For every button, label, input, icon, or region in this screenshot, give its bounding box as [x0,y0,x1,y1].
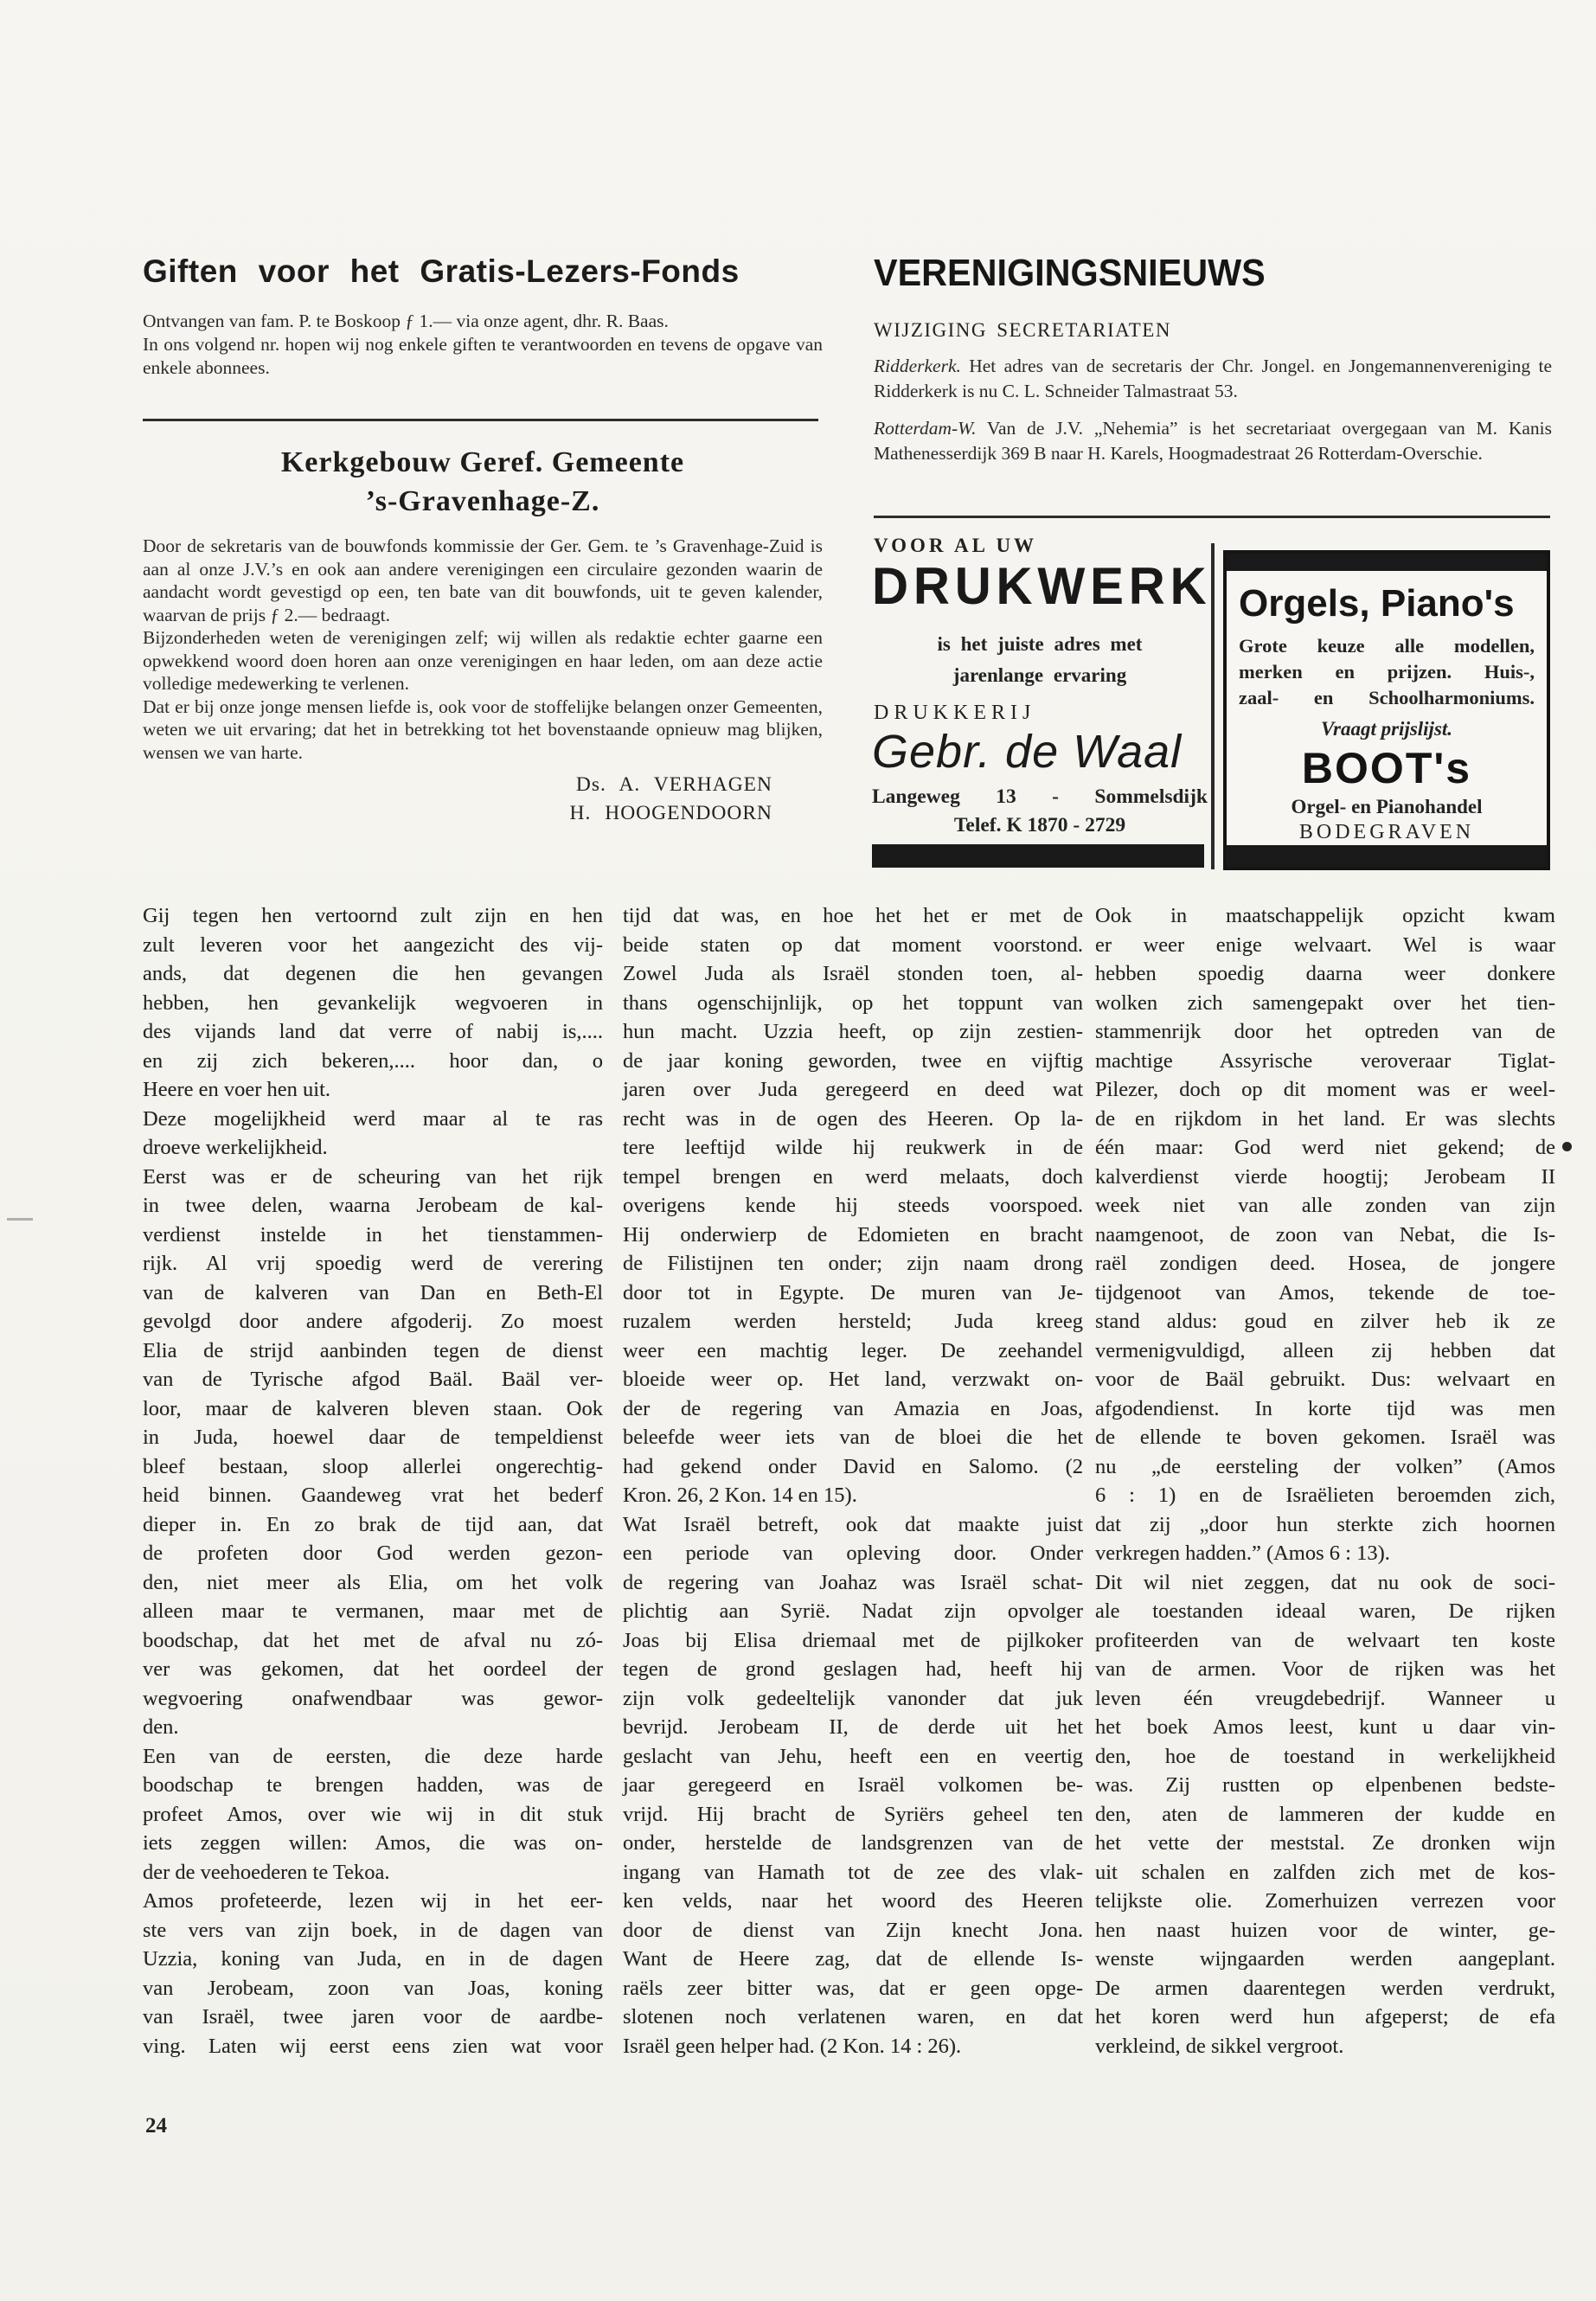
ad-bottom-bar [1227,845,1547,868]
body-text-line: slotenen noch verlatenen waren, en dat [623,2003,1083,2032]
desc-line: zaal- en Schoolharmoniums. [1239,687,1535,708]
body-text-line: Zowel Juda als Israël stonden toen, al- [623,959,1083,989]
body-text-line: jaren over Juda geregeerd en deed wat [623,1075,1083,1105]
ad-address: Langeweg 13 - Sommelsdijk [872,783,1208,811]
body-text-line: loor, maar de kalveren bleven staan. Ook [143,1394,603,1424]
body-text-line: gevolgd door andere afgoderij. Zo moest [143,1307,603,1336]
body-text-line: wenste wijngaarden werden aangeplant. [1095,1945,1555,1974]
ad-boot-content: Orgels, Piano's Grote keuze alle modelle… [1227,571,1547,845]
body-text-line: heid binnen. Gaandeweg vrat het bederf [143,1481,603,1510]
body-text-line: de en rijkdom in het land. Er was slecht… [1095,1105,1555,1134]
body-text-line: van Jerobeam, zoon van Joas, koning [143,1974,603,2003]
body-text-line: De armen daarentegen werden verdrukt, [1095,1974,1555,2003]
body-text-line: Uzzia, koning van Juda, en in de dagen [143,1945,603,1974]
advertisement-boot: Orgels, Piano's Grote keuze alle modelle… [1223,550,1550,870]
ad-top-bar [1227,554,1547,571]
body-text-line: plichtig aan Syrië. Nadat zijn opvolger [623,1597,1083,1626]
secretariat-change-item: Ridderkerk. Het adres van de secretaris … [874,354,1552,404]
body-text-line: hen naast huizen voor de winter, ge- [1095,1916,1555,1945]
ad-cta: Vraagt prijslijst. [1239,715,1535,744]
item-text: Het adres van de secretaris der Chr. Jon… [874,356,1552,401]
body-text-line: afgodendienst. In korte tijd was men [1095,1394,1555,1424]
body-text-line: weer een machtig leger. De zeehandel [623,1336,1083,1366]
body-text-line: Kron. 26, 2 Kon. 14 en 15). [623,1481,1083,1510]
body-text-line: was. Zij rustten op elpenbenen bedste- [1095,1771,1555,1800]
body-text-line: Amos profeteerde, lezen wij in het eer- [143,1887,603,1916]
ad-phone: Telef. K 1870 - 2729 [872,811,1208,840]
body-text-line: Heere en voer hen uit. [143,1075,603,1105]
body-text-line: de Filistijnen ten onder; zijn naam dron… [623,1249,1083,1279]
gifts-fund-section: Giften voor het Gratis-Lezers-Fonds Ontv… [143,253,823,380]
margin-mark [7,1218,33,1221]
church-notice-title: Kerkgebouw Geref. Gemeente ’s-Gravenhage… [143,443,823,521]
church-paragraph: Bijzonderheden weten de verenigingen zel… [143,626,823,695]
body-text-line: thans ogenschijnlijk, op het toppunt van [623,989,1083,1018]
body-text-line: en zij zich bekeren,.... hoor dan, o [143,1047,603,1076]
body-text-line: door tot in Egypte. De muren van Je- [623,1279,1083,1308]
body-text-line: een periode van opleving door. Onder [623,1539,1083,1568]
body-text-line: der de regering van Amazia en Joas, [623,1394,1083,1424]
church-title-line1: Kerkgebouw Geref. Gemeente [281,446,684,478]
body-text-line: bloeide weer op. Het land, verzwakt on- [623,1365,1083,1394]
body-text-line: in Juda, hoewel daar de tempeldienst [143,1423,603,1452]
body-text-line: 6 : 1) en de Israëlieten beroemden zich, [1095,1481,1555,1510]
body-text-line: raëls zeer bitter was, dat er geen opge- [623,1974,1083,2003]
body-text-line: door de dienst van Zijn knecht Jona. [623,1916,1083,1945]
body-text-line: dieper in. En zo brak de tijd aan, dat [143,1510,603,1540]
body-text-line: Dit wil niet zeggen, dat nu ook de soci- [1095,1568,1555,1598]
body-text-line: telijkste olie. Zomerhuizen verrezen voo… [1095,1887,1555,1916]
body-text-line: had gekend onder David en Salomo. (2 [623,1452,1083,1482]
body-text-line: tempel brengen en werd melaats, doch [623,1163,1083,1192]
body-text-line: naamgenoot, de zoon van Nebat, die Is- [1095,1221,1555,1250]
ad-company-name: Gebr. de Waal [872,727,1208,778]
ad-tagline: is het juiste adres met jarenlange ervar… [872,629,1208,691]
body-text-line: droeve werkelijkheid. [143,1133,603,1163]
ad-label-drukkerij: DRUKKERIJ [874,702,1208,725]
body-text-line: hun macht. Uzzia heeft, op zijn zestien- [623,1017,1083,1047]
ad-city: BODEGRAVEN [1239,819,1535,845]
secretariat-change-item: Rotterdam-W. Van de J.V. „Nehemia” is he… [874,416,1552,466]
body-text-line: wegvoering onafwendbaar was gewor- [143,1684,603,1714]
section-divider-line [143,419,818,421]
body-text-line: Elia de strijd aanbinden tegen de dienst [143,1336,603,1366]
body-text-line: stand aldus: goud en zilver heb ik ze [1095,1307,1555,1336]
body-text-line: ingang van Hamath tot de zee des vlak- [623,1858,1083,1888]
ad-title-drukwerk: DRUKWERK [872,559,1197,613]
body-text-line: boodschap te brengen hadden, was de [143,1771,603,1800]
body-text-line: ruzalem werden hersteld; Juda kreeg [623,1307,1083,1336]
body-text-line: kalverdienst vierde hoogtij; Jerobeam II [1095,1163,1555,1192]
body-text-line: Joas bij Elisa driemaal met de pijlkoker [623,1626,1083,1656]
body-text-line: iets zeggen willen: Amos, die was on- [143,1829,603,1858]
body-text-line: ands, dat degenen die hen gevangen [143,959,603,989]
body-text-line: rijk. Al vrij spoedig werd de verering [143,1249,603,1279]
tagline-line: jarenlange ervaring [953,664,1126,686]
ad-vertical-divider [1211,543,1215,869]
body-text-line: overigens kende hij steeds voorspoed. [623,1191,1083,1221]
ad-brand-boots: BOOT's [1239,746,1535,792]
gifts-fund-title: Giften voor het Gratis-Lezers-Fonds [143,253,823,291]
body-column-2: tijd dat was, en hoe het het er met debe… [623,901,1083,2061]
body-text-line: zijn volk gedeeltelijk vanonder dat juk [623,1684,1083,1714]
body-text-line: wolken zich samengepakt over het tien- [1095,989,1555,1018]
body-text-line: machtige Assyrische veroveraar Tiglat- [1095,1047,1555,1076]
body-text-line: Israël geen helper had. (2 Kon. 14 : 26)… [623,2032,1083,2061]
body-text-line: het boek Amos leest, kunt u daar vin- [1095,1713,1555,1742]
body-text-line: der de veehoederen te Tekoa. [143,1858,603,1888]
body-text-line: raël zondigen deed. Hosea, de jongere [1095,1249,1555,1279]
body-text-line: verdienst instelde in het tienstammen- [143,1221,603,1250]
gifts-paragraph: Ontvangen van fam. P. te Boskoop ƒ 1.— v… [143,310,823,333]
body-text-line: het vette der meststal. Ze dronken wijn [1095,1829,1555,1858]
body-text-line: Wat Israël betreft, ook dat maakte juist [623,1510,1083,1540]
body-text-line: tijdgenoot van Amos, tekende de toe- [1095,1279,1555,1308]
church-notice-section: Kerkgebouw Geref. Gemeente ’s-Gravenhage… [143,443,823,828]
association-news-subtitle: WIJZIGING SECRETARIATEN [874,319,1552,342]
desc-line: merken en prijzen. Huis-, [1239,661,1535,683]
church-paragraph: Door de sekretaris van de bouwfonds komm… [143,535,823,626]
body-text-line: er weer enige welvaart. Wel is waar [1095,931,1555,960]
signature-line: H. HOOGENDOORN [143,799,772,828]
body-text-line: van de kalveren van Dan en Beth-El [143,1279,603,1308]
magazine-page: Giften voor het Gratis-Lezers-Fonds Ontv… [0,0,1596,2301]
body-text-line: den, aten de lammeren der kudde en [1095,1800,1555,1830]
margin-dot-artifact [1562,1142,1572,1151]
body-text-line: ving. Laten wij eerst eens zien wat voor [143,2032,603,2061]
ad-description: Grote keuze alle modellen, merken en pri… [1239,633,1535,711]
body-text-line: ken velds, naar het woord des Heeren [623,1887,1083,1916]
body-text-line: tere leeftijd wilde hij reukwerk in de [623,1133,1083,1163]
signature-line: Ds. A. VERHAGEN [143,771,772,799]
body-text-line: den. [143,1713,603,1742]
body-column-3: Ook in maatschappelijk opzicht kwamer we… [1095,901,1555,2061]
body-text-line: bleef bestaan, sloop allerlei ongerechti… [143,1452,603,1482]
body-text-line: Gij tegen hen vertoornd zult zijn en hen [143,901,603,931]
body-text-line: de ellende te boven gekomen. Israël was [1095,1423,1555,1452]
body-text-line: des vijands land dat verre of nabij is,.… [143,1017,603,1047]
body-text-line: van Israël, twee jaren voor de aardbe- [143,2003,603,2032]
body-text-line: zult leveren voor het aangezicht des vij… [143,931,603,960]
section-divider-line [874,516,1550,518]
ad-kicker: VOOR AL UW [874,535,1208,557]
body-text-line: stammenrijk door het optreden van de [1095,1017,1555,1047]
body-text-line: ver was gekomen, dat het oordeel der [143,1655,603,1684]
body-text-line: van de armen. Voor de rijken was het [1095,1655,1555,1684]
association-news-title: VERENIGINGSNIEUWS [874,253,1511,293]
body-text-line: verkregen hadden.” (Amos 6 : 13). [1095,1539,1555,1568]
place-name-lead: Rotterdam-W. [874,418,976,439]
body-text-line: hebben spoedig daarna weer donkere [1095,959,1555,989]
ad-bottom-bar [872,844,1204,868]
body-text-line: den, niet meer als Elia, om het volk [143,1568,603,1598]
body-text-line: ale toestanden ideaal waren, De rijken [1095,1597,1555,1626]
body-text-line: voor de Baäl gebruikt. Dus: welvaart en [1095,1365,1555,1394]
advertisement-drukwerk: VOOR AL UW DRUKWERK is het juiste adres … [872,535,1208,870]
body-text-line: beide staten op dat moment voorstond. [623,931,1083,960]
body-text-line: ste vers van zijn boek, in de dagen van [143,1916,603,1945]
tagline-line: is het juiste adres met [938,633,1143,655]
body-text-line: den, hoe de toestand in werkelijkheid [1095,1742,1555,1772]
body-text-line: nu „de eersteling der volken” (Amos [1095,1452,1555,1482]
body-text-line: tijd dat was, en hoe het het er met de [623,901,1083,931]
association-news-section: VERENIGINGSNIEUWS WIJZIGING SECRETARIATE… [874,253,1552,478]
body-column-1: Gij tegen hen vertoornd zult zijn en hen… [143,901,603,2061]
body-text-line: tegen de grond geslagen had, heeft hij [623,1655,1083,1684]
body-text-line: bevrijd. Jerobeam II, de derde uit het [623,1713,1083,1742]
body-text-line: Deze mogelijkheid werd maar al te ras [143,1105,603,1134]
gifts-paragraph: In ons volgend nr. hopen wij nog enkele … [143,333,823,380]
body-text-line: vermenigvuldigd, alleen zij hebben dat [1095,1336,1555,1366]
body-text-line: verkleind, de sikkel vergroot. [1095,2032,1555,2061]
body-text-line: profeet Amos, over wie wij in dit stuk [143,1800,603,1830]
place-name-lead: Ridderkerk. [874,356,961,376]
ad-title-orgels: Orgels, Piano's [1239,583,1535,625]
body-text-line: alleen maar te vermanen, maar met de [143,1597,603,1626]
body-text-line: week niet van alle zonden van zijn [1095,1191,1555,1221]
body-text-line: de profeten door God werden gezon- [143,1539,603,1568]
body-text-line: onder, herstelde de landsgrenzen van de [623,1829,1083,1858]
body-text-line: de regering van Joahaz was Israël schat- [623,1568,1083,1598]
signature-block: Ds. A. VERHAGEN H. HOOGENDOORN [143,771,823,828]
ad-subtitle: Orgel- en Pianohandel [1239,795,1535,819]
body-text-line: de jaar koning geworden, twee en vijftig [623,1047,1083,1076]
body-text-line: profiteerden van de welvaart ten koste [1095,1626,1555,1656]
church-paragraph: Dat er bij onze jonge mensen liefde is, … [143,695,823,765]
church-title-line2: ’s-Gravenhage-Z. [366,485,600,517]
body-text-line: Pilezer, doch op dit moment was er weel- [1095,1075,1555,1105]
body-text-line: hebben, hen gevankelijk wegvoeren in [143,989,603,1018]
body-text-line: geslacht van Jehu, heeft een en veertig [623,1742,1083,1772]
body-text-line: beleefde weer iets van de bloei die het [623,1423,1083,1452]
body-text-line: Een van de eersten, die deze harde [143,1742,603,1772]
page-number: 24 [145,2114,167,2138]
desc-line: Grote keuze alle modellen, [1239,635,1535,657]
body-text-line: Hij onderwierp de Edomieten en bracht [623,1221,1083,1250]
body-text-line: het koren werd hun afgeperst; de efa [1095,2003,1555,2032]
body-text-line: vrijd. Hij bracht de Syriërs geheel ten [623,1800,1083,1830]
body-text-line: leven één vreugdebedrijf. Wanneer u [1095,1684,1555,1714]
body-text-line: Eerst was er de scheuring van het rijk [143,1163,603,1192]
body-text-line: dat zij „door hun sterkte zich hoornen [1095,1510,1555,1540]
body-text-line: jaar geregeerd en Israël volkomen be- [623,1771,1083,1800]
body-text-line: Want de Heere zag, dat de ellende Is- [623,1945,1083,1974]
body-text-line: in twee delen, waarna Jerobeam de kal- [143,1191,603,1221]
body-text-line: recht was in de ogen des Heeren. Op la- [623,1105,1083,1134]
body-text-line: Ook in maatschappelijk opzicht kwam [1095,901,1555,931]
body-text-line: uit schalen en zalfden zich met de kos- [1095,1858,1555,1888]
body-text-line: van de Tyrische afgod Baäl. Baäl ver- [143,1365,603,1394]
body-text-line: één maar: God werd niet gekend; de [1095,1133,1555,1163]
item-text: Van de J.V. „Nehemia” is het secretariaa… [874,418,1552,464]
body-text-line: boodschap, dat het met de afval nu zó- [143,1626,603,1656]
